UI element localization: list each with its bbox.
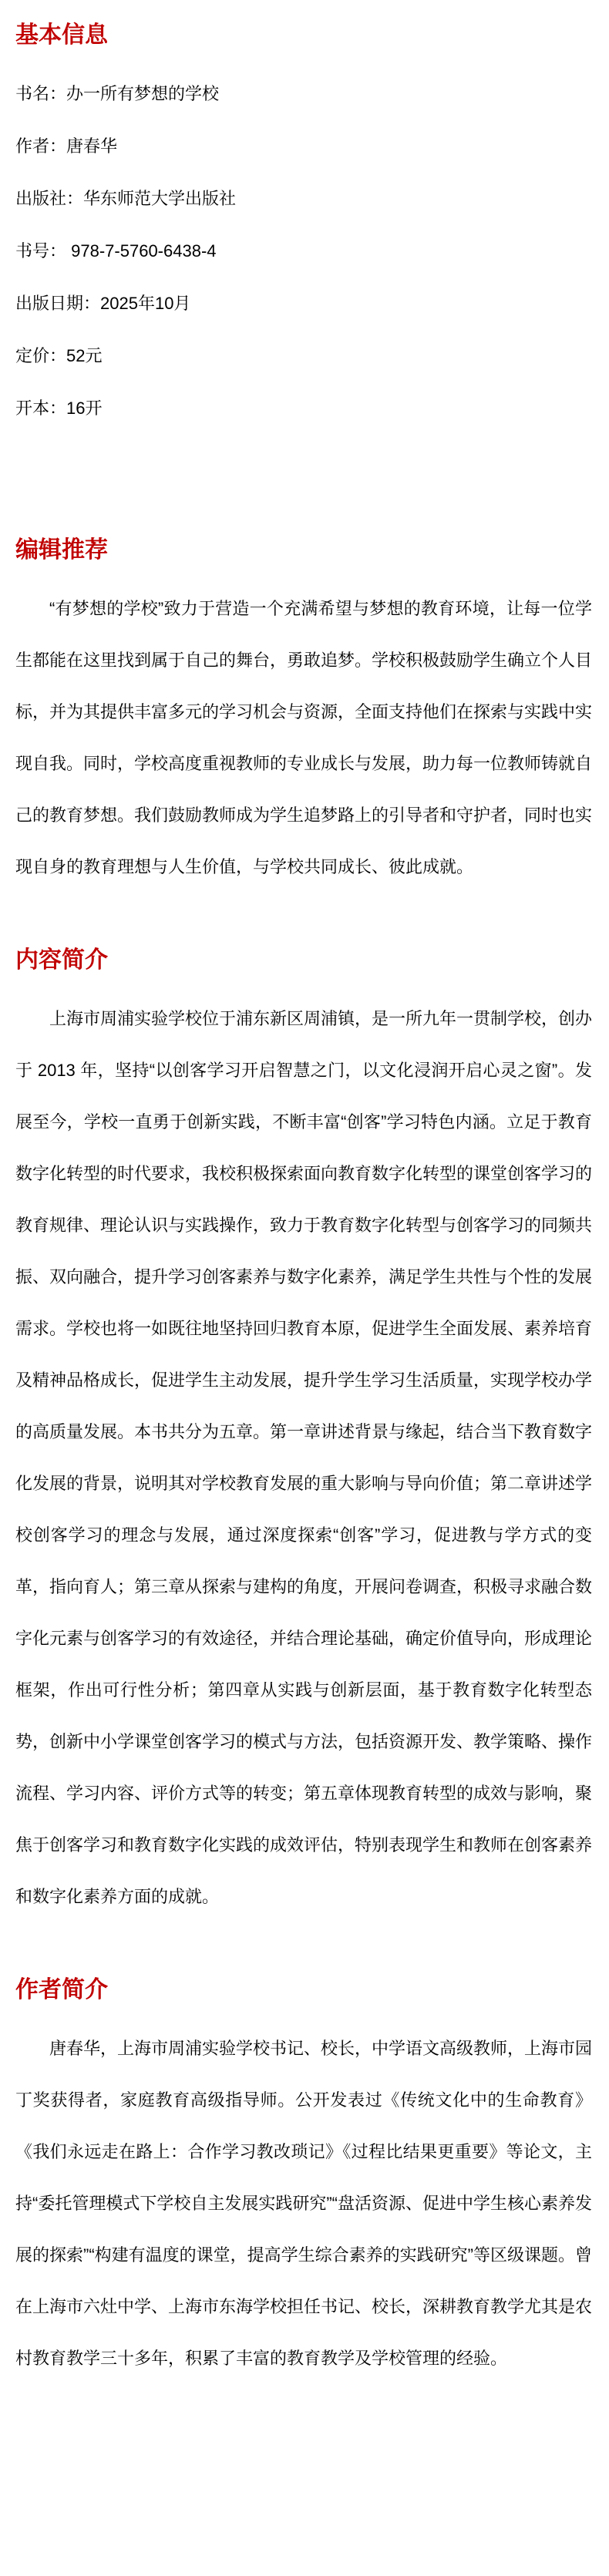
isbn-value: 978-7-5760-6438-4	[71, 241, 216, 261]
isbn-label: 书号：	[15, 241, 66, 261]
author-bio-paragraph: 唐春华，上海市周浦实验学校书记、校长，中学语文高级教师，上海市园丁奖获得者，家庭…	[15, 2023, 592, 2384]
publish-date-row: 出版日期：2025年10月	[15, 294, 592, 313]
format-label: 开本：	[15, 399, 66, 418]
editor-recommendation-heading: 编辑推荐	[15, 536, 592, 564]
book-info-page: 基本信息 书名：办一所有梦想的学校 作者：唐春华 出版社：华东师范大学出版社 书…	[0, 0, 609, 2415]
price-value: 52元	[66, 346, 102, 365]
book-title-label: 书名：	[15, 84, 66, 103]
content-summary-heading: 内容简介	[15, 947, 592, 974]
author-bio-heading: 作者简介	[15, 1976, 592, 2004]
basic-info-list: 书名：办一所有梦想的学校 作者：唐春华 出版社：华东师范大学出版社 书号： 97…	[15, 85, 592, 418]
publisher-value: 华东师范大学出版社	[83, 189, 236, 208]
isbn-row: 书号： 978-7-5760-6438-4	[15, 242, 592, 261]
publisher-label: 出版社：	[15, 189, 83, 208]
publisher-row: 出版社：华东师范大学出版社	[15, 190, 592, 208]
author-value: 唐春华	[66, 136, 117, 156]
content-summary-paragraph: 上海市周浦实验学校位于浦东新区周浦镇，是一所九年一贯制学校，创办于 2013 年…	[15, 993, 592, 1922]
section-spacer	[15, 452, 592, 483]
author-row: 作者：唐春华	[15, 137, 592, 156]
editor-recommendation-paragraph: “有梦想的学校”致力于营造一个充满希望与梦想的教育环境，让每一位学生都能在这里找…	[15, 583, 592, 893]
basic-info-heading: 基本信息	[15, 22, 592, 49]
book-title-value: 办一所有梦想的学校	[66, 84, 219, 103]
publish-date-value: 2025年10月	[100, 294, 190, 313]
format-value: 16开	[66, 399, 102, 418]
price-label: 定价：	[15, 346, 66, 365]
author-label: 作者：	[15, 136, 66, 156]
format-row: 开本：16开	[15, 399, 592, 418]
publish-date-label: 出版日期：	[15, 294, 100, 313]
price-row: 定价：52元	[15, 347, 592, 365]
book-title-row: 书名：办一所有梦想的学校	[15, 85, 592, 103]
